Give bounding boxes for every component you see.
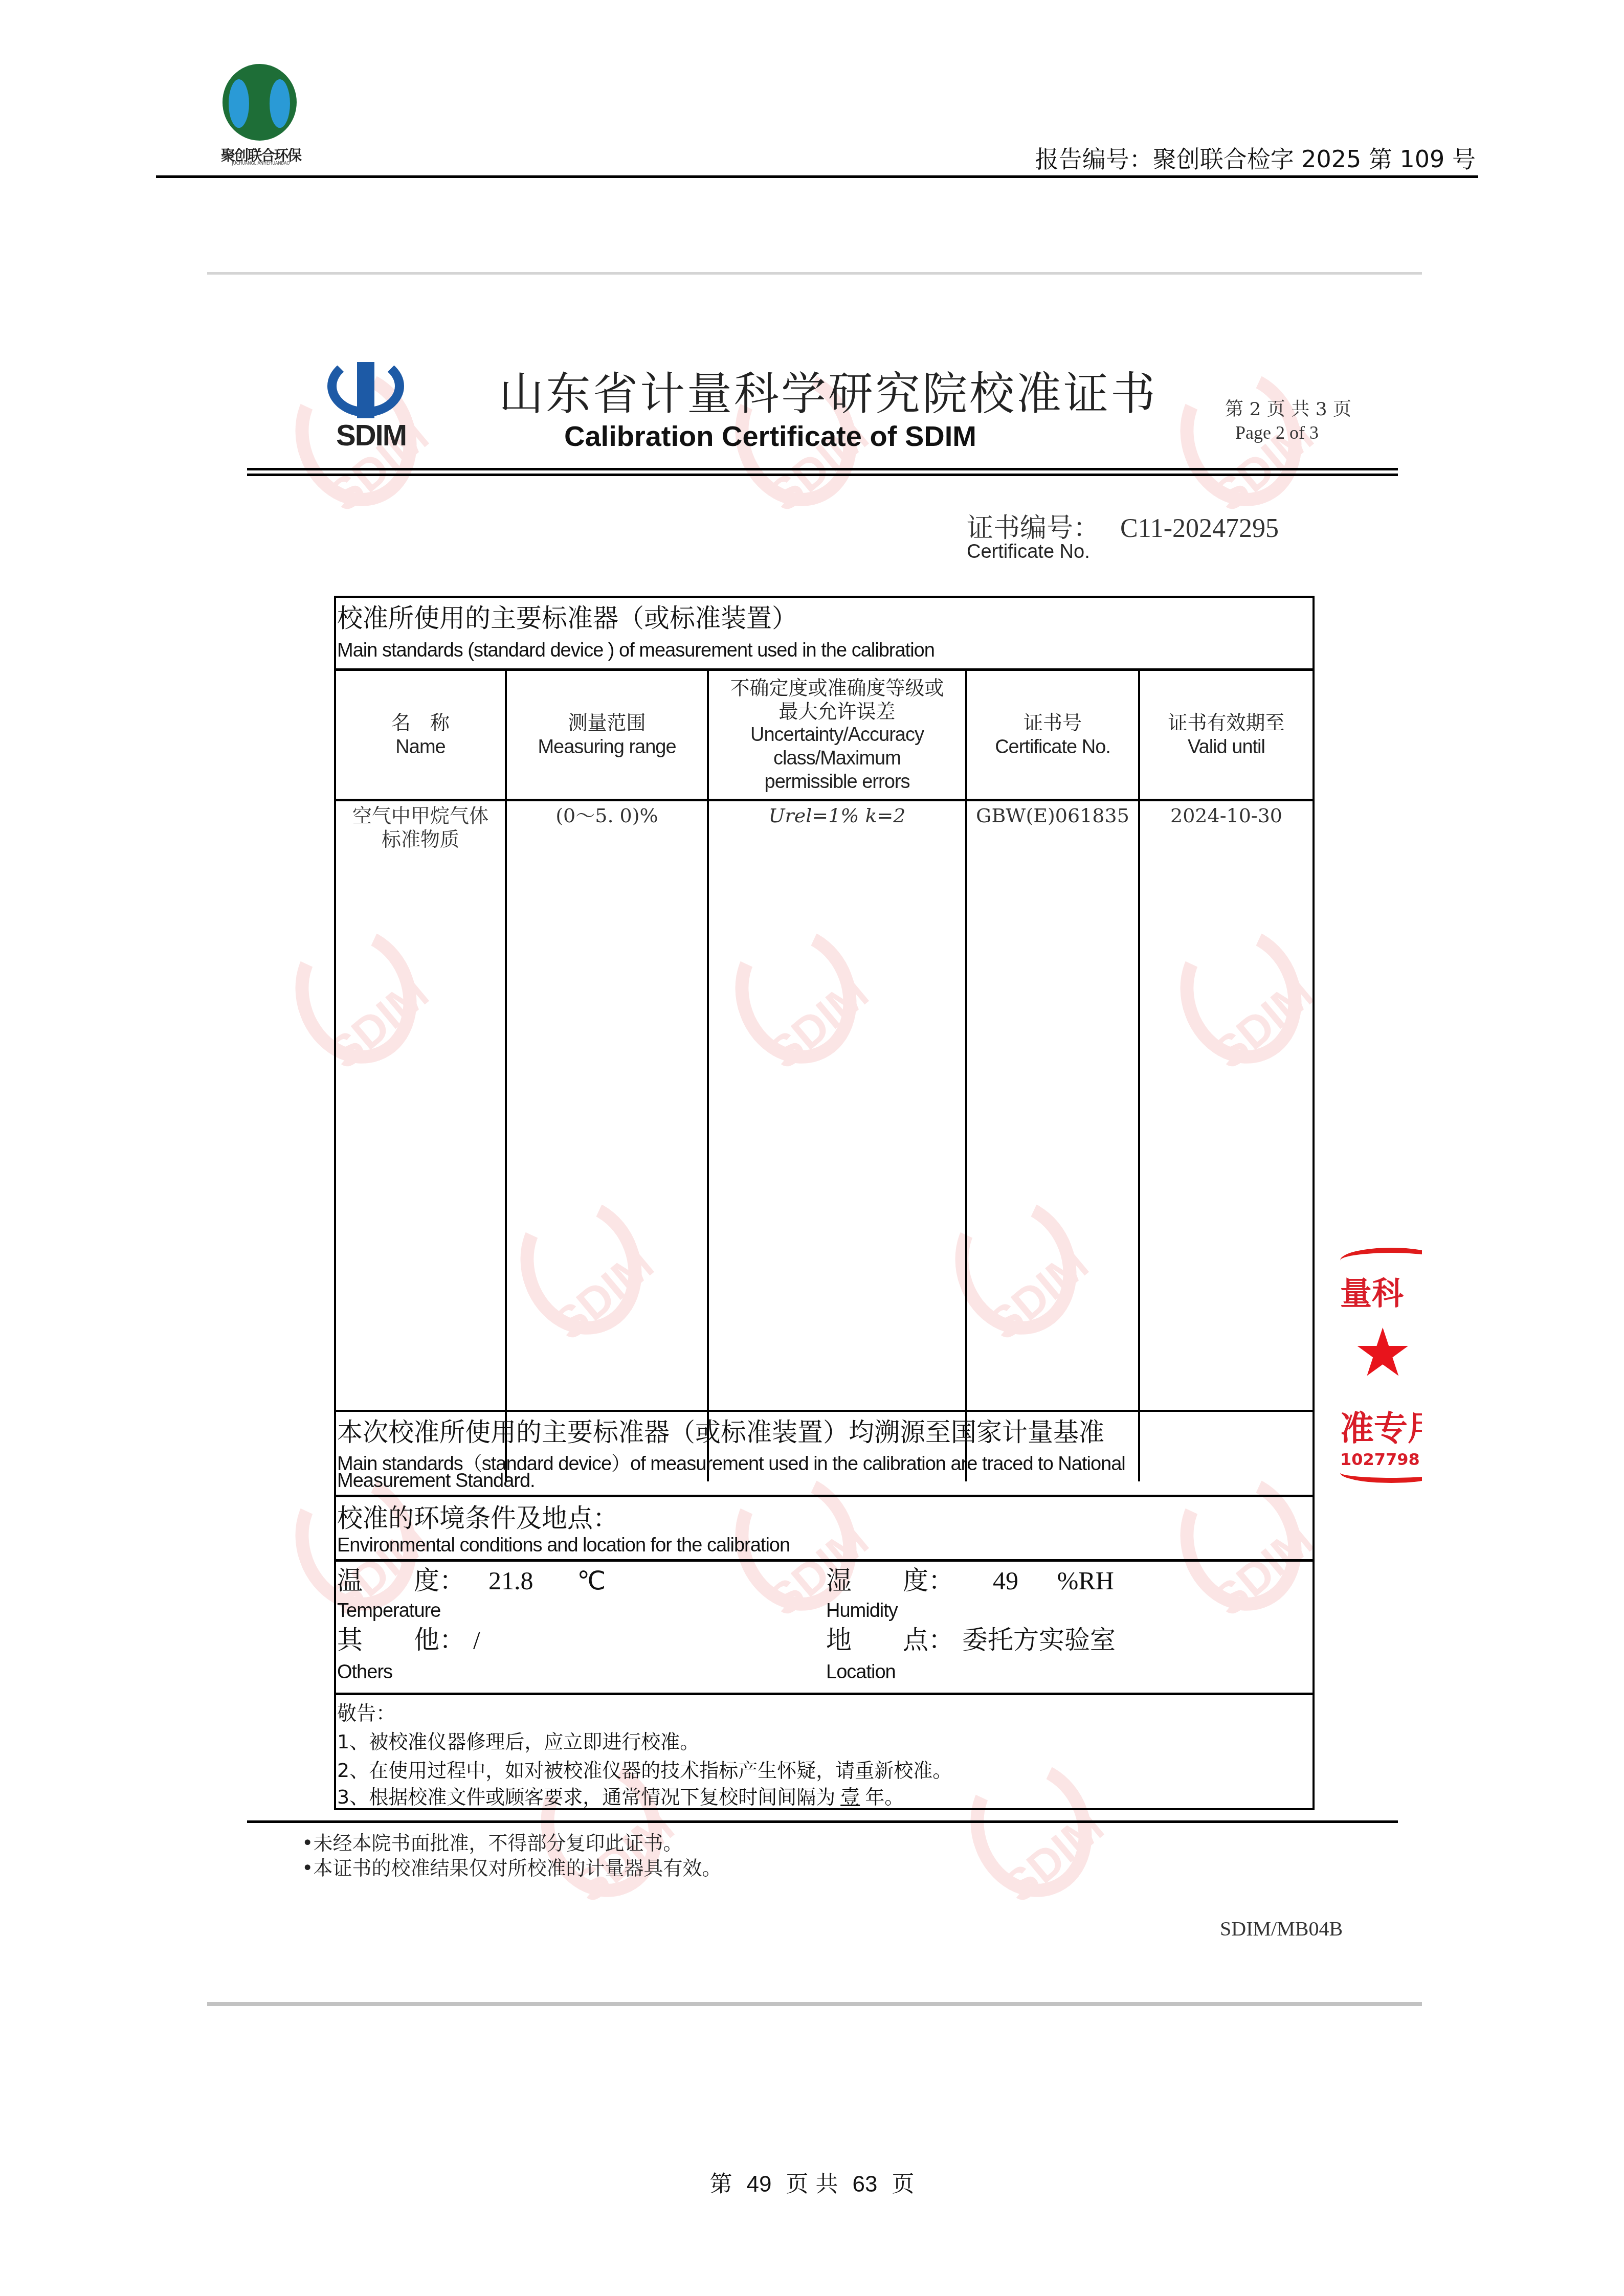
report-number: 报告编号：聚创联合检字 2025 第 109 号: [1035, 141, 1476, 174]
others-label: 其 他：: [337, 1625, 465, 1655]
column-header-uncertainty: 不确定度或准确度等级或 最大允许误差 Uncertainty/Accuracy …: [709, 671, 965, 799]
form-code: SDIM/MB04B: [1220, 1917, 1343, 1941]
others-row: 其 他： /: [337, 1619, 480, 1656]
column-header-name: 名 称 Name: [336, 671, 505, 799]
location-value: 委托方实验室: [962, 1625, 1116, 1655]
certificate-number-value: C11-20247295: [1120, 514, 1279, 543]
company-name-en: JUCHUANGLIANHEHUANBAO: [212, 161, 309, 166]
notice-item-3: 3、根据校准文件或顾客要求，通常情况下复校时间间隔为壹年。: [337, 1781, 904, 1809]
table-cell-valid-until: 2024-10-30: [1140, 804, 1312, 827]
notice-heading: 敬告：: [337, 1697, 395, 1725]
others-value: /: [473, 1626, 480, 1654]
footnote-2: •本证书的校准结果仅对所校准的计量器具有效。: [302, 1852, 721, 1880]
notice-item-2: 2、在使用过程中，如对被校准仪器的技术指标产生怀疑，请重新校准。: [337, 1754, 952, 1783]
title-divider: [247, 468, 1398, 470]
location-label: 地 点：: [826, 1625, 954, 1655]
others-label-en: Others: [337, 1661, 392, 1683]
sdim-logo: SDIM: [321, 353, 424, 455]
certificate-number: 证书编号：C11-20247295: [967, 506, 1279, 545]
table-divider: [336, 799, 1312, 801]
certificate-number-label-en: Certificate No.: [967, 541, 1090, 563]
traceability-en-line2: Measurement Standard.: [337, 1470, 535, 1492]
calibration-seal: 量科 ★ 准专用 1027798: [1340, 1248, 1422, 1483]
temperature-label: 温 度：: [337, 1566, 465, 1595]
table-divider: [336, 1693, 1312, 1695]
temperature-unit: ℃: [577, 1566, 606, 1595]
column-header-cert-no: 证书号 Certificate No.: [967, 671, 1138, 799]
star-icon: ★: [1353, 1319, 1413, 1386]
page-mid: 页 共: [786, 2171, 838, 2197]
table-cell-name: 空气中甲烷气体 标准物质: [336, 804, 505, 851]
humidity-label-en: Humidity: [826, 1600, 898, 1622]
traceability-cn: 本次校准所使用的主要标准器（或标准装置）均溯源至国家计量基准: [337, 1412, 1104, 1449]
company-logo: 聚创联合环保 JUCHUANGLIANHEHUANBAO: [207, 59, 312, 169]
column-header-valid-until: 证书有效期至 Valid until: [1140, 671, 1312, 799]
notice-item-1: 1、被校准仪器修理后，应立即进行校准。: [337, 1726, 699, 1754]
page-prefix: 第: [710, 2171, 732, 2197]
temperature-label-en: Temperature: [337, 1600, 440, 1622]
sdim-logo-text: SDIM: [321, 418, 421, 453]
table-cell-cert-no: GBW(E)061835: [967, 804, 1138, 827]
recalibration-interval: 壹: [835, 1786, 865, 1808]
location-row: 地 点： 委托方实验室: [826, 1619, 1116, 1656]
table-cell-uncertainty: Urel=1% k=2: [709, 804, 965, 827]
scan-frame-bottom: [207, 2002, 1422, 2006]
certificate-page-en: Page 2 of 3: [1235, 422, 1319, 443]
humidity-row: 湿 度： 49 %RH: [826, 1560, 1114, 1597]
humidity-unit: %RH: [1057, 1566, 1114, 1595]
standards-heading-cn: 校准所使用的主要标准器（或标准装置）: [337, 598, 797, 635]
temperature-value: 21.8: [488, 1566, 533, 1595]
certificate-title-cn: 山东省计量科学研究院校准证书: [499, 358, 1158, 422]
header-divider: [156, 175, 1478, 178]
notice-item-3-prefix: 3、根据校准文件或顾客要求，通常情况下复校时间间隔为: [337, 1786, 835, 1808]
standards-table: 校准所使用的主要标准器（或标准装置） Main standards (stand…: [334, 596, 1315, 1810]
humidity-label: 湿 度：: [826, 1566, 954, 1595]
humidity-value: 49: [993, 1566, 1018, 1595]
table-divider: [336, 1495, 1312, 1497]
certificate-page-cn: 第 2 页 共 3 页: [1225, 395, 1351, 421]
table-cell-range: (0～5. 0)%: [507, 804, 707, 827]
company-logo-emblem: [223, 64, 297, 141]
page-current: 49: [747, 2172, 772, 2197]
location-label-en: Location: [826, 1661, 896, 1683]
seal-bottom-text: 准专用: [1340, 1401, 1422, 1450]
footnote-1: •未经本院书面批准，不得部分复印此证书。: [302, 1827, 682, 1855]
environment-heading-cn: 校准的环境条件及地点：: [337, 1498, 618, 1535]
title-divider: [247, 474, 1398, 476]
page-suffix: 页: [892, 2171, 914, 2197]
certificate-number-label: 证书编号：: [967, 513, 1100, 544]
seal-top-text: 量科: [1340, 1268, 1404, 1314]
environment-heading-en: Environmental conditions and location fo…: [337, 1535, 790, 1557]
sdim-one-icon: [357, 362, 374, 418]
certificate-title-en: Calibration Certificate of SDIM: [564, 419, 976, 453]
page-number: 第49页 共63页: [0, 2166, 1624, 2198]
temperature-row: 温 度： 21.8 ℃: [337, 1560, 606, 1597]
footnote-divider: [247, 1820, 1398, 1823]
page-total: 63: [853, 2172, 878, 2197]
column-header-range: 测量范围 Measuring range: [507, 671, 707, 799]
notice-item-3-suffix: 年。: [865, 1786, 904, 1808]
scan-frame-top: [207, 272, 1422, 275]
standards-heading-en: Main standards (standard device ) of mea…: [337, 640, 935, 662]
